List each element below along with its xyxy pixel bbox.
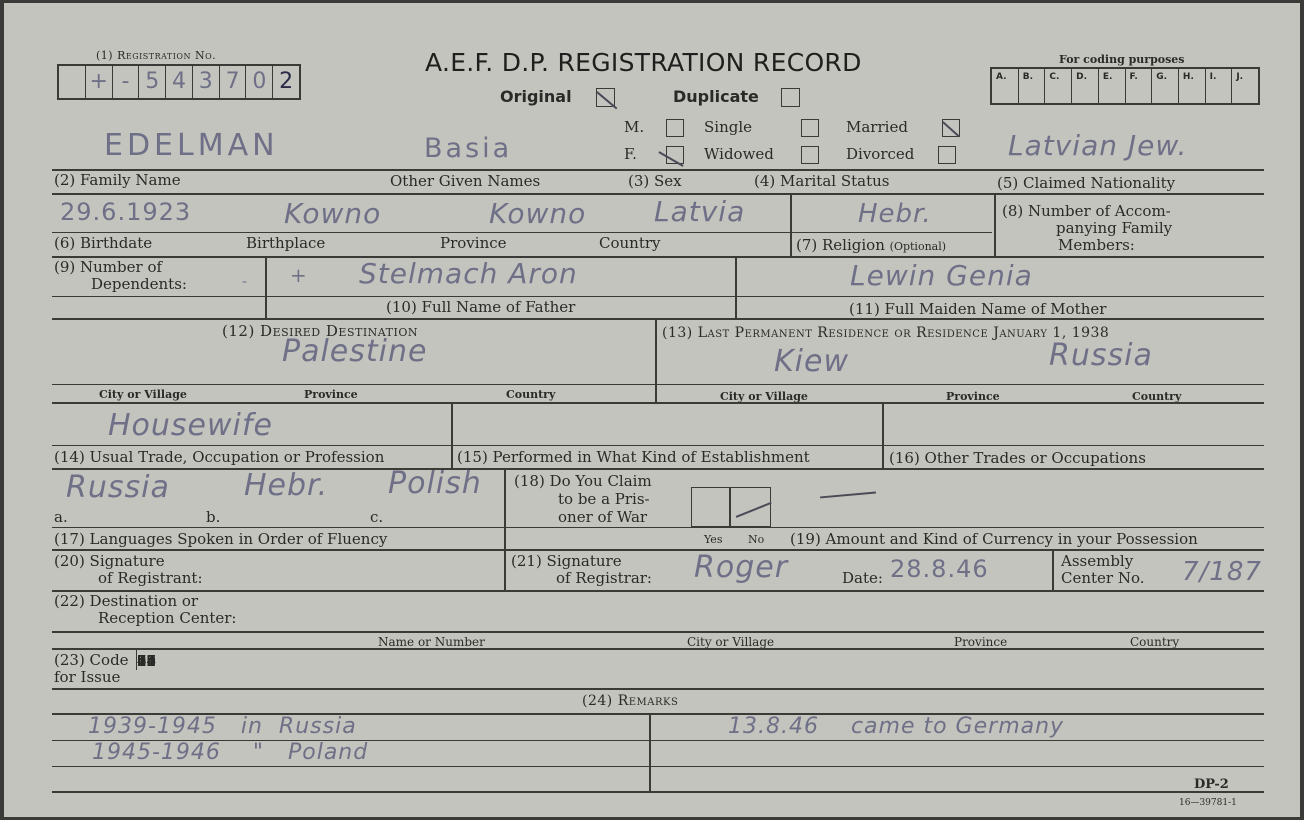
married-checkbox[interactable] (942, 119, 960, 137)
destination-country-label: Country (506, 387, 555, 403)
destination-center-label-1: (22) Destination or (54, 593, 198, 609)
religion-label: (7) Religion (Optional) (796, 237, 946, 255)
language-a-label: a. (54, 509, 68, 525)
nationality-value: Latvian Jew. (1008, 133, 1187, 159)
dependents-label-1: (9) Number of (54, 259, 162, 275)
sex-label: (3) Sex (628, 173, 682, 189)
occupation-label: (14) Usual Trade, Occupation or Professi… (54, 449, 384, 465)
coding-cell: H. (1179, 69, 1206, 103)
reg-digit: + (86, 66, 113, 98)
given-names-value: Basia (424, 136, 512, 162)
original-label: Original (500, 87, 572, 106)
divorced-label: Divorced (846, 146, 914, 162)
pow-yes-checkbox[interactable] (691, 487, 731, 527)
residence-city-value: Kiew (774, 349, 849, 375)
reg-digit: 5 (139, 66, 166, 98)
language-b-label: b. (206, 509, 220, 525)
coding-cell: A. (992, 69, 1019, 103)
accompanying-label-3: Members: (1058, 237, 1135, 253)
coding-purposes-label: For coding purposes (1059, 52, 1185, 68)
assembly-center-value: 7/187 (1182, 559, 1262, 585)
code-issue-label-1: (23) Code (54, 652, 129, 668)
registrar-signature-label-2: of Registrar: (556, 570, 652, 586)
pow-label-2: to be a Pris- (558, 491, 650, 507)
assembly-center-label-2: Center No. (1061, 570, 1145, 586)
reg-digit: 4 (166, 66, 193, 98)
code-issue-label-2: for Issue (54, 669, 120, 685)
currency-dash (820, 492, 876, 498)
nationality-label: (5) Claimed Nationality (997, 175, 1175, 191)
sex-f-label: F. (624, 146, 637, 162)
dependents-value: - (242, 273, 247, 289)
birthplace-label: Birthplace (246, 235, 325, 251)
language-c-value: Polish (388, 471, 482, 497)
currency-label: (19) Amount and Kind of Currency in your… (790, 531, 1198, 547)
birthdate-label: (6) Birthdate (54, 235, 152, 251)
coding-cell: B. (1019, 69, 1046, 103)
divorced-checkbox[interactable] (938, 146, 956, 164)
family-name-value: EDELMAN (104, 133, 279, 159)
registrar-signature-value: Roger (694, 555, 788, 581)
destination-city-label: City or Village (99, 387, 187, 403)
assembly-center-label-1: Assembly (1061, 553, 1133, 569)
mother-name-label: (11) Full Maiden Name of Mother (849, 301, 1106, 317)
language-c-label: c. (370, 509, 383, 525)
dependents-label-2: Dependents: (91, 276, 187, 292)
remarks-left-line-1: 1939-1945 in Russia (88, 714, 357, 740)
father-prefix: + (290, 267, 307, 283)
registrant-signature-label-1: (20) Signature (54, 553, 165, 569)
coding-cell: F. (1126, 69, 1153, 103)
original-checkbox[interactable] (596, 88, 615, 107)
print-number: 16—39781-1 (1179, 795, 1237, 811)
date-value: 28.8.46 (890, 556, 989, 582)
registration-number-boxes: + - 5 4 3 7 0 2 (57, 64, 301, 100)
married-label: Married (846, 119, 908, 135)
desired-destination-value: Palestine (282, 339, 427, 365)
widowed-label: Widowed (704, 146, 774, 162)
accompanying-label-2: panying Family (1056, 220, 1172, 236)
reg-digit: 7 (220, 66, 247, 98)
coding-cell: J. (1232, 69, 1258, 103)
pow-yes-label: Yes (704, 532, 722, 548)
language-a-value: Russia (66, 475, 170, 501)
coding-cell: D. (1072, 69, 1099, 103)
languages-label: (17) Languages Spoken in Order of Fluenc… (54, 531, 387, 547)
destination-province-label: Province (304, 387, 358, 403)
pow-label-1: (18) Do You Claim (514, 473, 652, 489)
religion-value: Hebr. (858, 201, 932, 227)
occupation-value: Housewife (108, 413, 273, 439)
sex-m-checkbox[interactable] (666, 119, 684, 137)
coding-cell: C. (1045, 69, 1072, 103)
single-checkbox[interactable] (801, 119, 819, 137)
widowed-checkbox[interactable] (801, 146, 819, 164)
duplicate-label: Duplicate (673, 87, 759, 106)
residence-country-value: Russia (1049, 343, 1153, 369)
reg-digit: 2 (273, 66, 299, 98)
language-b-value: Hebr. (244, 473, 328, 499)
registration-number-label: (1) Registration No. (96, 48, 216, 64)
province-label: Province (440, 235, 507, 251)
father-name-value: Stelmach Aron (359, 261, 578, 287)
marital-status-label: (4) Marital Status (754, 173, 889, 189)
province-value: Kowno (489, 201, 586, 227)
code-issue-cell: 28 (136, 648, 156, 670)
reg-digit: - (113, 66, 140, 98)
duplicate-checkbox[interactable] (781, 88, 800, 107)
family-name-label: (2) Family Name (54, 172, 181, 188)
form-title: A.E.F. D.P. REGISTRATION RECORD (425, 48, 862, 77)
sex-m-label: M. (624, 119, 644, 135)
father-name-label: (10) Full Name of Father (386, 299, 575, 315)
coding-cell: E. (1099, 69, 1126, 103)
registrar-signature-label-1: (21) Signature (511, 553, 622, 569)
pow-no-label: No (748, 532, 764, 548)
form-number: DP-2 (1194, 777, 1229, 793)
country-label: Country (599, 235, 661, 251)
coding-grid: A. B. C. D. E. F. G. H. I. J. (990, 67, 1260, 105)
date-label: Date: (842, 570, 883, 586)
mother-name-value: Lewin Genia (850, 263, 1033, 289)
remarks-left-line-2: 1945-1946 " Poland (92, 740, 368, 766)
accompanying-label-1: (8) Number of Accom- (1002, 203, 1171, 219)
reg-digit: 0 (246, 66, 273, 98)
registrant-signature-label-2: of Registrant: (98, 570, 203, 586)
pow-label-3: oner of War (558, 509, 647, 525)
single-label: Single (704, 119, 752, 135)
birthdate-value: 29.6.1923 (60, 199, 191, 225)
registration-card: (1) Registration No. + - 5 4 3 7 0 2 .re… (4, 3, 1300, 817)
given-names-label: Other Given Names (390, 173, 540, 189)
birthplace-value: Kowno (284, 201, 381, 227)
destination-center-label-2: Reception Center: (98, 610, 236, 626)
sex-f-checkbox[interactable] (666, 146, 684, 164)
reg-digit: 3 (193, 66, 220, 98)
last-residence-label: (13) Last Permanent Residence or Residen… (662, 325, 1109, 341)
code-issue-grid: 1234567891011121314151617181920212223242… (136, 648, 1264, 688)
remarks-label: (24) Remarks (582, 693, 678, 709)
pow-no-checkbox[interactable] (729, 487, 771, 527)
remarks-right-line-1: 13.8.46 came to Germany (728, 714, 1064, 740)
coding-cell: G. (1152, 69, 1179, 103)
country-value: Latvia (654, 199, 745, 225)
coding-cell: I. (1206, 69, 1233, 103)
establishment-label: (15) Performed in What Kind of Establish… (457, 449, 810, 465)
reg-digit (59, 66, 86, 98)
other-trades-label: (16) Other Trades or Occupations (889, 450, 1146, 466)
